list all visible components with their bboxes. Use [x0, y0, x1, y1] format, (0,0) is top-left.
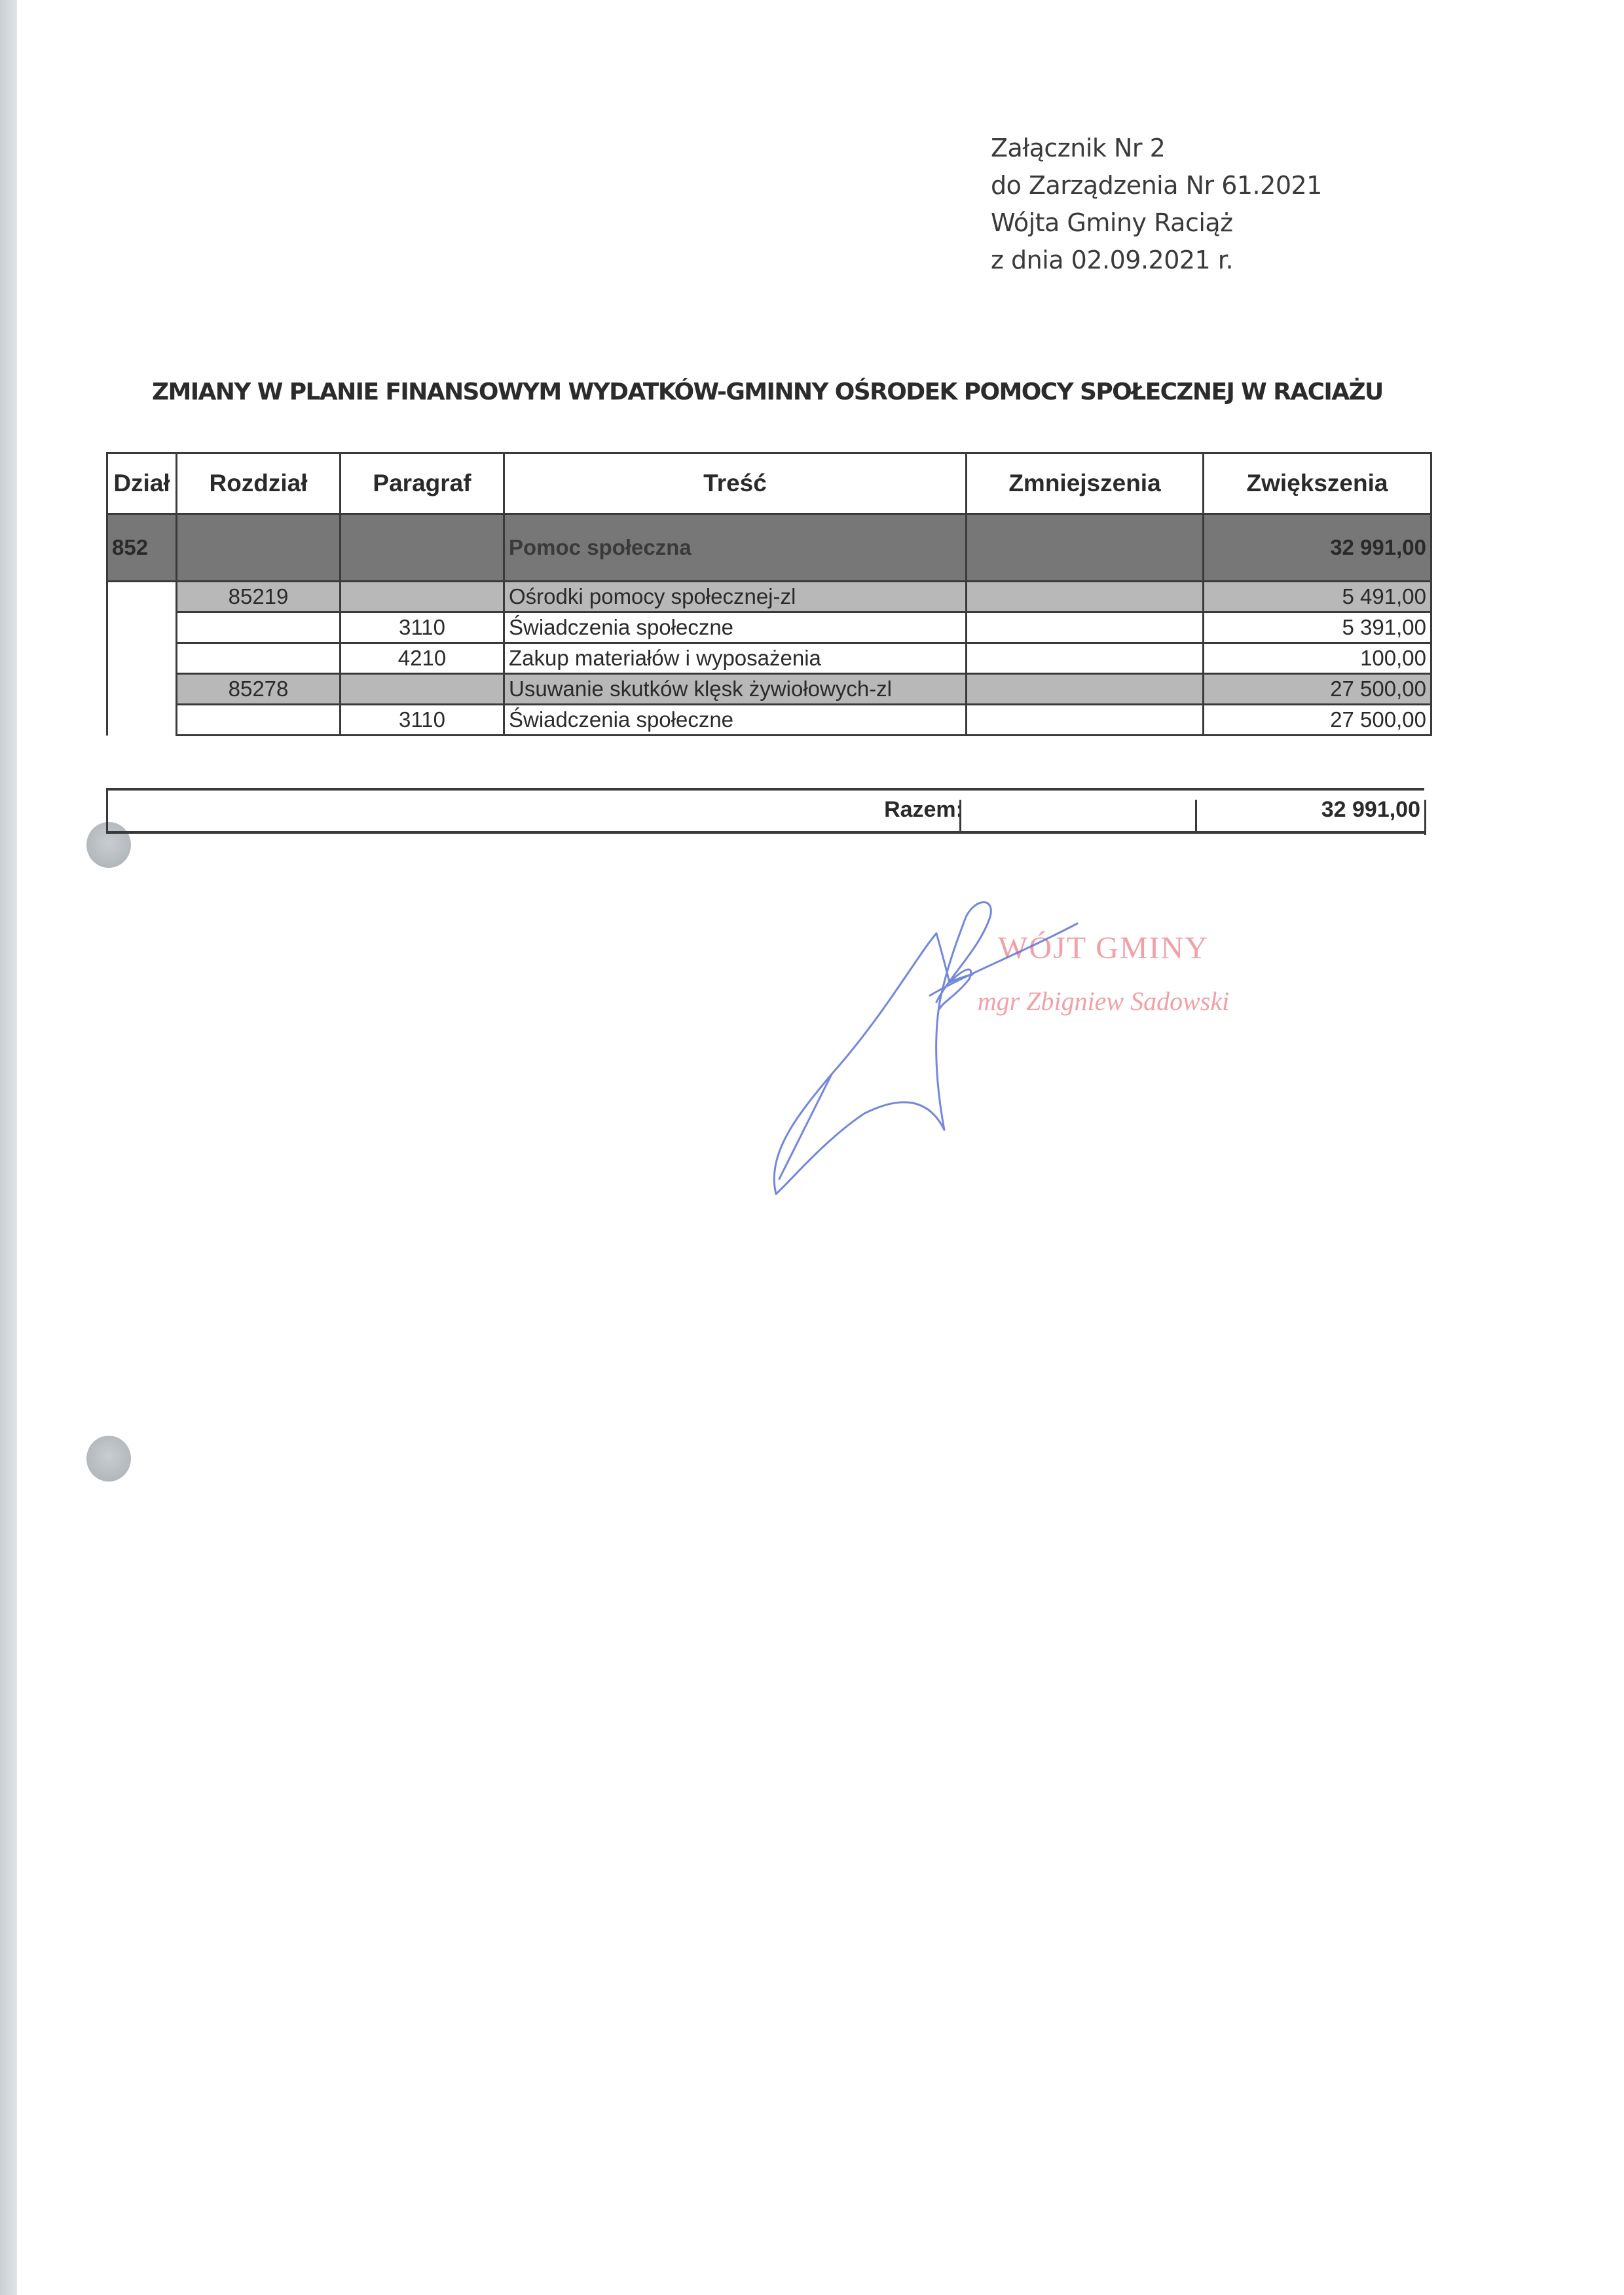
annex-ordinance: do Zarządzenia Nr 61.2021 [991, 167, 1322, 204]
cell-tresc: Usuwanie skutków klęsk żywiołowych-zl [504, 674, 967, 705]
cell-paragraf: 4210 [341, 643, 504, 674]
cell-dzial [107, 674, 177, 705]
cell-paragraf: 3110 [341, 612, 504, 643]
cell-paragraf [341, 582, 504, 612]
header-tresc: Treść [504, 453, 967, 514]
table-row-rozdzial: 85219 Ośrodki pomocy społecznej-zl 5 491… [107, 582, 1431, 612]
total-zwiekszenia: 32 991,00 [1321, 797, 1420, 823]
cell-zmniejszenia [967, 705, 1204, 736]
annex-header: Załącznik Nr 2 do Zarządzenia Nr 61.2021… [991, 130, 1322, 279]
table-row-paragraf: 3110 Świadczenia społeczne 27 500,00 [107, 705, 1431, 736]
cell-zmniejszenia [967, 643, 1204, 674]
cell-zwiekszenia: 27 500,00 [1204, 705, 1431, 736]
cell-rozdzial [177, 643, 341, 674]
table-row-paragraf: 3110 Świadczenia społeczne 5 391,00 [107, 612, 1431, 643]
cell-dzial [107, 582, 177, 612]
scan-edge-shadow [0, 0, 17, 2295]
cell-tresc: Pomoc społeczna [504, 514, 967, 582]
cell-dzial [107, 612, 177, 643]
table-row-rozdzial: 85278 Usuwanie skutków klęsk żywiołowych… [107, 674, 1431, 705]
table-row-paragraf: 4210 Zakup materiałów i wyposażenia 100,… [107, 643, 1431, 674]
document-title: ZMIANY W PLANIE FINANSOWYM WYDATKÓW-GMIN… [152, 379, 1462, 405]
table-header-row: Dział Rozdział Paragraf Treść Zmniejszen… [107, 453, 1431, 514]
cell-rozdzial: 85278 [177, 674, 341, 705]
header-zmniejszenia: Zmniejszenia [967, 453, 1204, 514]
header-paragraf: Paragraf [341, 453, 504, 514]
cell-rozdzial [177, 612, 341, 643]
cell-zmniejszenia [967, 612, 1204, 643]
total-row: Razem: 32 991,00 [106, 788, 1424, 834]
cell-tresc: Zakup materiałów i wyposażenia [504, 643, 967, 674]
cell-zmniejszenia [967, 582, 1204, 612]
punch-hole-bottom [86, 1436, 131, 1482]
table-row-dzial: 852 Pomoc społeczna 32 991,00 [107, 514, 1431, 582]
total-divider [1424, 800, 1426, 835]
cell-zwiekszenia: 32 991,00 [1204, 514, 1431, 582]
cell-rozdzial: 85219 [177, 582, 341, 612]
cell-zwiekszenia: 100,00 [1204, 643, 1431, 674]
annex-number: Załącznik Nr 2 [991, 130, 1322, 167]
annex-date: z dnia 02.09.2021 r. [991, 242, 1322, 279]
cell-rozdzial [177, 514, 341, 582]
cell-tresc: Świadczenia społeczne [504, 705, 967, 736]
cell-zmniejszenia [967, 514, 1204, 582]
total-divider [1195, 800, 1197, 834]
total-label: Razem: [884, 797, 963, 823]
annex-issuer: Wójta Gminy Raciąż [991, 204, 1322, 242]
cell-zwiekszenia: 5 391,00 [1204, 612, 1431, 643]
cell-dzial: 852 [107, 514, 177, 582]
total-divider [959, 800, 961, 832]
cell-zwiekszenia: 27 500,00 [1204, 674, 1431, 705]
cell-paragraf [341, 514, 504, 582]
cell-tresc: Ośrodki pomocy społecznej-zl [504, 582, 967, 612]
header-rozdzial: Rozdział [177, 453, 341, 514]
handwritten-signature-icon [753, 871, 1342, 1238]
cell-rozdzial [177, 705, 341, 736]
cell-dzial [107, 643, 177, 674]
budget-changes-table: Dział Rozdział Paragraf Treść Zmniejszen… [106, 452, 1432, 736]
cell-paragraf [341, 674, 504, 705]
cell-dzial [107, 705, 177, 736]
header-dzial: Dział [107, 453, 177, 514]
header-zwiekszenia: Zwiększenia [1204, 453, 1431, 514]
cell-paragraf: 3110 [341, 705, 504, 736]
cell-tresc: Świadczenia społeczne [504, 612, 967, 643]
cell-zmniejszenia [967, 674, 1204, 705]
cell-zwiekszenia: 5 491,00 [1204, 582, 1431, 612]
